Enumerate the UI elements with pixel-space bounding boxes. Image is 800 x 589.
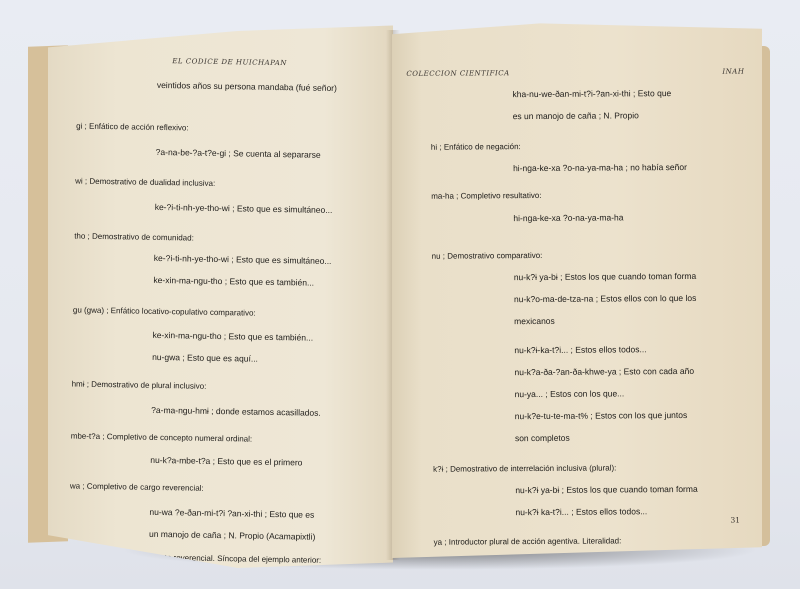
example-line: nu-wa ?e-ðan-mi-t?i ?an-xi-thi ; Esto qu… [149, 507, 314, 520]
example-line: nu-k?ɨ ka-t?i... ; Estos ellos todos... [515, 506, 647, 517]
left-page: EL CODICE DE HUICHAPAN veintidos años su… [48, 20, 393, 568]
example-line: nu-k?ɨ-ka-t?i... ; Estos ellos todos... [514, 344, 646, 355]
entry-heading: tho ; Demostrativo de comunidad: [74, 231, 194, 242]
example-line: nu-ya... ; Estos con los que... [515, 388, 625, 399]
entry-heading: ya ; Introductor plural de acción agenti… [434, 536, 622, 546]
example-line: nu-k?o-ma-de-tza-na ; Estos ellos con lo… [514, 293, 696, 304]
entry-heading: wi ; Demostrativo de dualidad inclusiva: [75, 176, 215, 187]
entry-heading: hmɨ ; Demostrativo de plural inclusivo: [72, 379, 207, 390]
example-line: nu-k?e-tu-te-ma-t% ; Estos con los que j… [515, 410, 688, 421]
entry-heading: ma-ha ; Completivo resultativo: [431, 191, 541, 201]
example-line: nu-k?a-ða-?an-ða-khwe-ya ; Esto con cada… [514, 366, 694, 377]
example-line: un manojo de caña ; N. Propio (Acamapixt… [149, 529, 315, 542]
example-line: ?a-na-be-?a-t?e-gi ; Se cuenta al separa… [156, 147, 321, 160]
example-line: ke-?i-ti-nh-ye-tho-wi ; Esto que es simu… [155, 202, 333, 215]
entry-heading: hi ; Enfático de negación: [431, 142, 521, 152]
entry-heading: k?ɨ ; Demostrativo de interrelación incl… [433, 463, 616, 473]
page-number-left: 30 [60, 560, 70, 568]
running-head-series: COLECCION CIENTIFICA [406, 69, 509, 78]
entry-heading: gu (gwa) ; Enfático locativo-copulativo … [73, 305, 256, 317]
running-head-left: EL CODICE DE HUICHAPAN [172, 57, 287, 67]
example-line: ke-xin-ma-ngu-tho ; Esto que es también.… [152, 330, 313, 343]
right-page: COLECCION CIENTIFICA INAH kha-nu-we-ðan-… [392, 18, 762, 558]
page-number-right: 31 [730, 516, 740, 525]
entry-heading: mbe-t?a ; Completivo de concepto numeral… [71, 431, 253, 443]
example-line: es un manojo de caña ; N. Propio [513, 110, 639, 121]
example-line: ?a-ma-ngu-hmɨ ; donde estamos acasillado… [151, 405, 321, 418]
example-line: son completos [515, 433, 570, 443]
example-line: nu-k?ɨ ya-bɨ ; Estos los que cuando toma… [515, 484, 697, 495]
example-line: kha-nu-we-ðan-mi-t?i-?an-xi-thi ; Esto q… [512, 88, 671, 99]
example-line: nu-k?a-mbe-t?a ; Esto que es el primero [150, 455, 302, 468]
example-line: nu-gwa ; Esto que es aquí... [152, 352, 258, 364]
example-line: hi-nga-ke-xa ?o-na-ya-ma-ha ; no había s… [513, 162, 687, 173]
example-line: nu-k?ɨ ya-bɨ ; Estos los que cuando toma… [514, 271, 696, 282]
entry-heading: gi ; Enfático de acción reflexivo: [76, 122, 189, 133]
example-line: mexicanos [514, 316, 555, 326]
example-line: veintidos años su persona mandaba (fué s… [157, 80, 337, 93]
example-line: ke-xin-ma-ngu-tho ; Esto que es también.… [153, 275, 314, 288]
example-line: hi-nga-ke-xa ?o-na-ya-ma-ha [513, 212, 623, 223]
entry-heading: wa ; Completivo de cargo reverencial: [70, 481, 204, 492]
entry-heading: nu ; Demostrativo comparativo: [432, 251, 543, 261]
example-line: ke-?i-ti-nh-ye-tho-wi ; Esto que es simu… [154, 253, 332, 266]
running-head-publisher: INAH [722, 68, 744, 76]
